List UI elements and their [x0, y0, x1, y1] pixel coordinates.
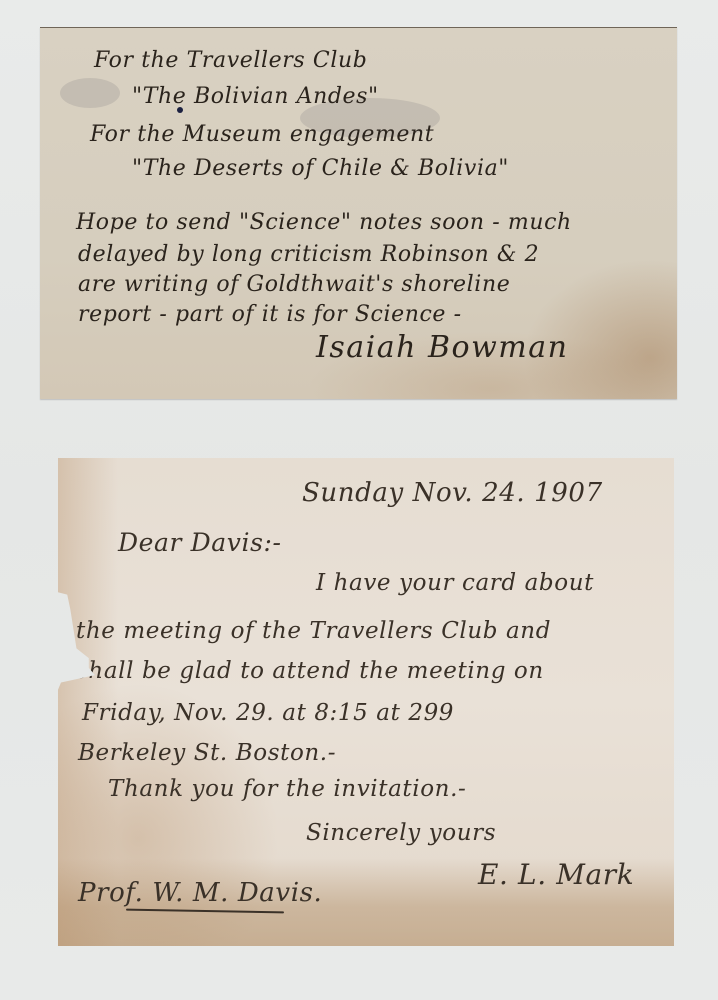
- addressee: Prof. W. M. Davis.: [78, 878, 322, 908]
- letter-card-mark: Sunday Nov. 24. 1907 Dear Davis:- I have…: [58, 458, 674, 946]
- ink-smudge: [60, 78, 120, 108]
- signature: E. L. Mark: [478, 858, 634, 891]
- handwritten-line: report - part of it is for Science -: [78, 302, 462, 327]
- letter-closing: Sincerely yours: [306, 820, 496, 846]
- handwritten-line: Hope to send "Science" notes soon - much: [76, 210, 572, 235]
- postcard-bowman: For the Travellers Club "The Bolivian An…: [40, 27, 677, 399]
- handwritten-line: shall be glad to attend the meeting on: [76, 658, 544, 684]
- letter-greeting: Dear Davis:-: [118, 528, 282, 557]
- handwritten-line: Thank you for the invitation.-: [108, 776, 466, 802]
- letter-date: Sunday Nov. 24. 1907: [302, 478, 603, 508]
- handwritten-line: I have your card about: [316, 570, 594, 596]
- signature: Isaiah Bowman: [316, 330, 568, 365]
- handwritten-line: "The Bolivian Andes": [132, 84, 379, 109]
- handwritten-line: For the Travellers Club: [94, 48, 367, 73]
- handwritten-line: delayed by long criticism Robinson & 2: [78, 242, 539, 267]
- handwritten-line: For the Museum engagement: [90, 122, 434, 147]
- mount-board: For the Travellers Club "The Bolivian An…: [0, 0, 718, 1000]
- handwritten-line: Berkeley St. Boston.-: [78, 740, 336, 766]
- addressee-underline: [126, 909, 284, 914]
- handwritten-line: "The Deserts of Chile & Bolivia": [132, 156, 509, 181]
- handwritten-line: the meeting of the Travellers Club and: [76, 618, 551, 644]
- handwritten-line: are writing of Goldthwait's shoreline: [78, 272, 510, 297]
- handwritten-line: Friday, Nov. 29. at 8:15 at 299: [82, 700, 454, 726]
